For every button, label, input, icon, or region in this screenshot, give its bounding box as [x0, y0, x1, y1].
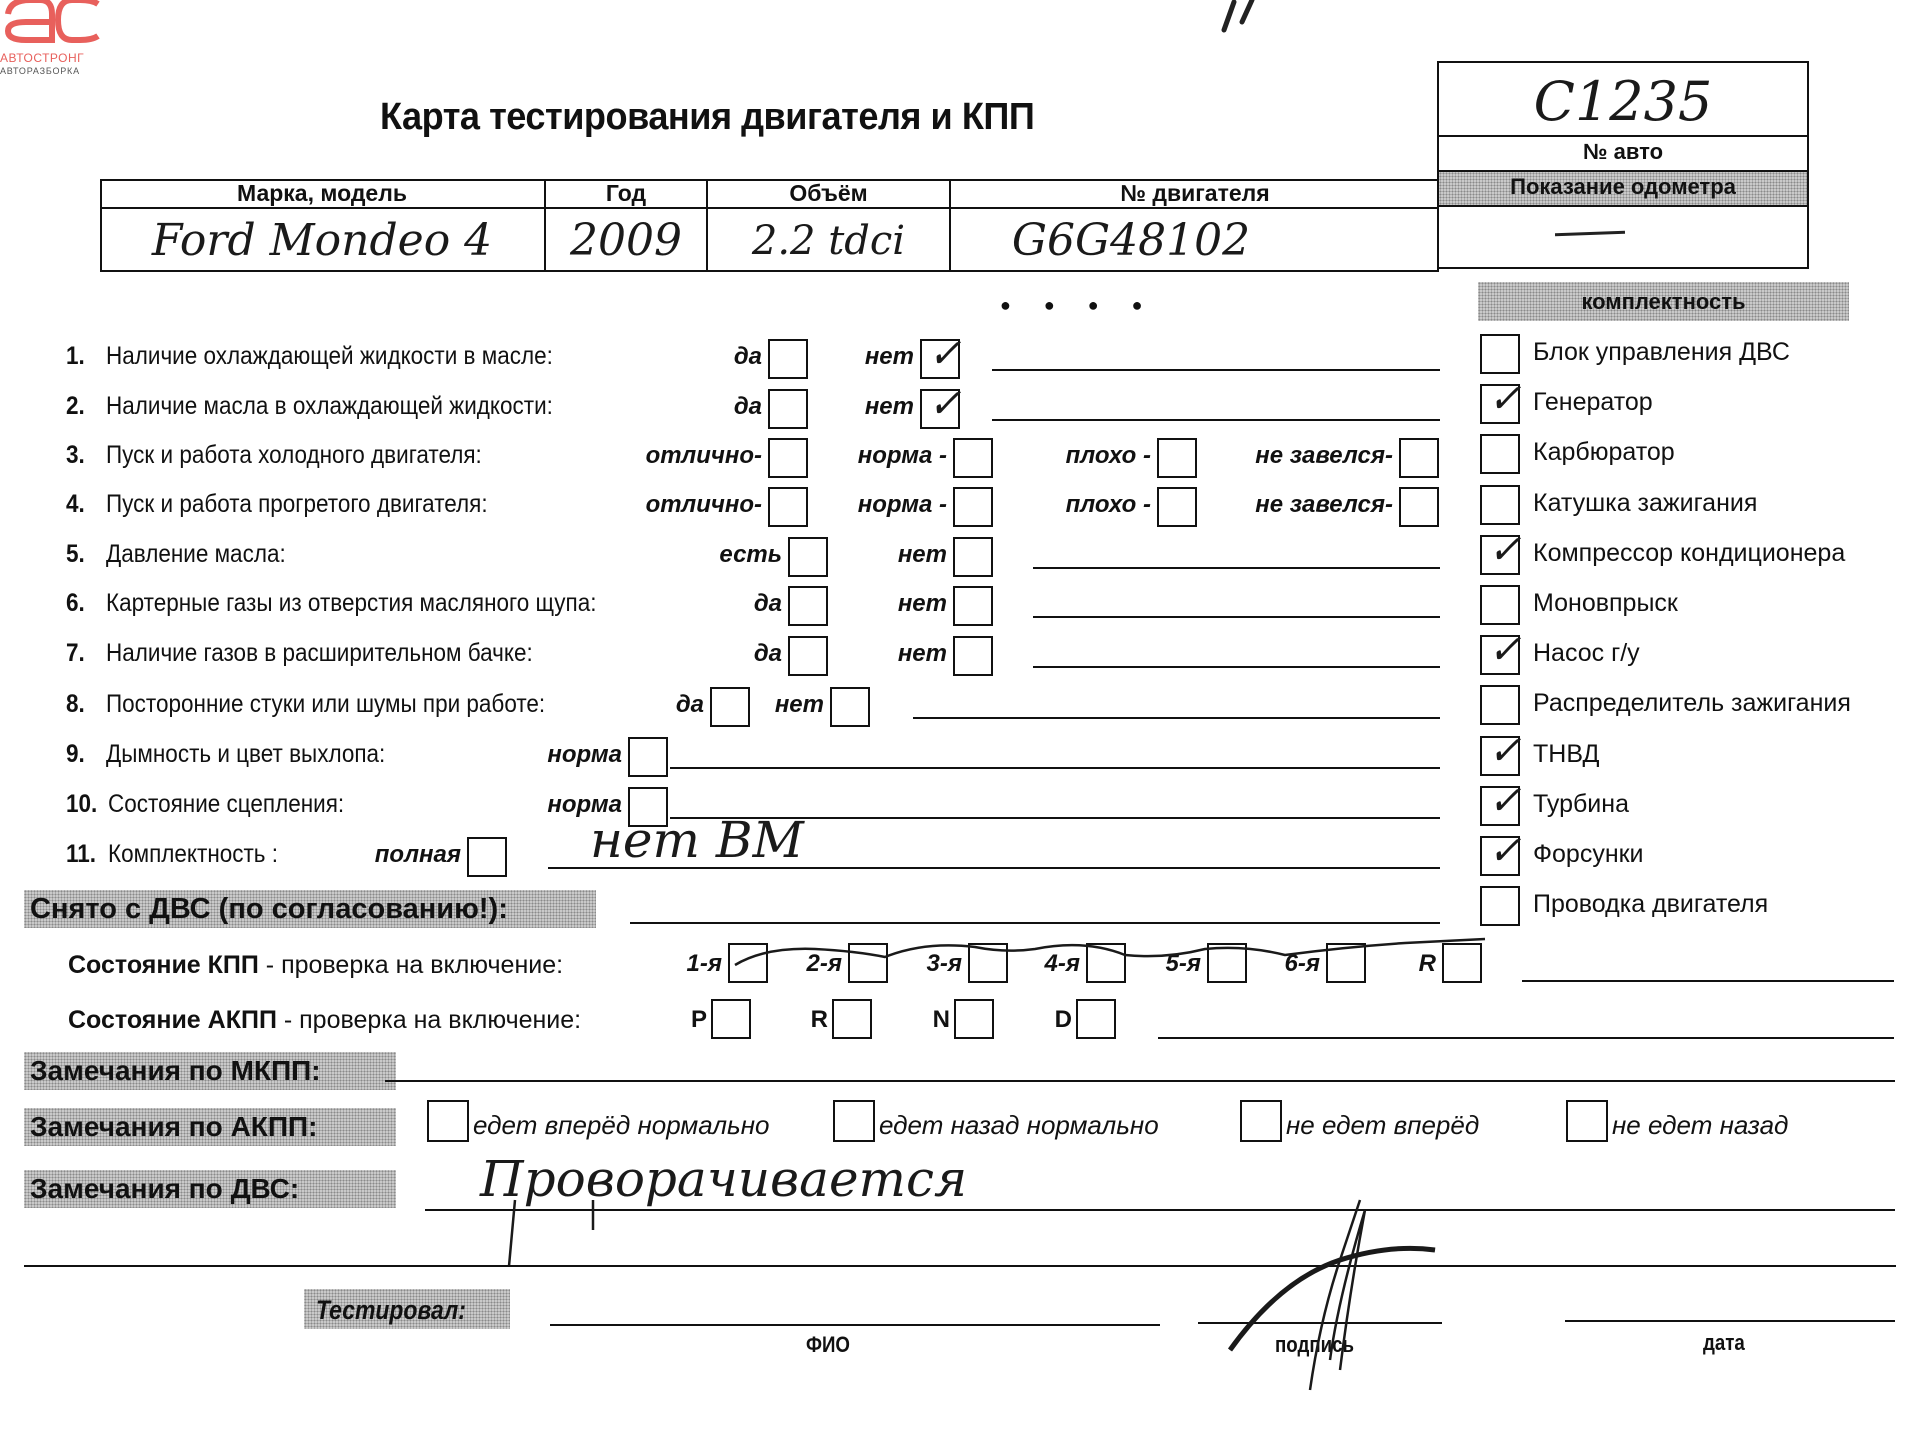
checkmark-icon: ✓	[928, 337, 962, 371]
auto-gearbox-title: Состояние АКПП	[68, 1006, 277, 1034]
completeness-checkbox[interactable]	[1480, 334, 1520, 374]
column-header-model: Марка, модель	[100, 180, 544, 207]
checkmark-icon: ✓	[1488, 834, 1522, 868]
option-label: норма -	[858, 491, 947, 519]
option-checkbox[interactable]	[768, 339, 808, 379]
name-caption: ФИО	[806, 1332, 850, 1358]
akpp-option-checkbox[interactable]	[1566, 1100, 1608, 1142]
checkmark-icon: ✓	[1488, 533, 1522, 567]
comment-line[interactable]	[913, 717, 1440, 719]
pen-mark-icon	[1220, 0, 1280, 32]
completeness-checkbox[interactable]	[1480, 886, 1520, 926]
option-label: да	[754, 590, 782, 618]
odometer-label: Показание одометра	[1437, 174, 1809, 200]
akpp-option-label: едет вперёд нормально	[473, 1110, 769, 1141]
completeness-item-label: Проводка двигателя	[1533, 890, 1768, 919]
question-number: 2.	[66, 392, 85, 421]
comment-line[interactable]	[1033, 567, 1440, 569]
option-checkbox[interactable]	[953, 636, 993, 676]
box-divider	[1437, 135, 1809, 137]
option-checkbox[interactable]	[1399, 487, 1439, 527]
logo-mark-icon	[0, 0, 100, 56]
checkmark-icon: ✓	[1488, 784, 1522, 818]
question-text: Наличие газов в расширительном бачке:	[106, 639, 533, 668]
column-header-volume: Объём	[708, 180, 949, 207]
completeness-item-label: Распределитель зажигания	[1533, 689, 1851, 718]
manual-gearbox-line[interactable]	[1522, 980, 1894, 982]
completeness-checkbox[interactable]	[1480, 685, 1520, 725]
manual-gearbox-title: Состояние КПП	[68, 951, 259, 979]
completeness-item-label: ТНВД	[1533, 740, 1599, 769]
question-number: 8.	[66, 690, 85, 719]
auto-gearbox-line[interactable]	[1158, 1037, 1894, 1039]
gear-label: 1-я	[687, 950, 722, 978]
option-label: нет	[898, 590, 947, 618]
option-checkbox[interactable]	[788, 537, 828, 577]
comment-line[interactable]	[992, 369, 1440, 371]
completeness-checkbox[interactable]	[1480, 434, 1520, 474]
comment-line[interactable]	[1033, 666, 1440, 668]
dvs-remarks-label: Замечания по ДВС:	[24, 1170, 396, 1208]
question-text: Пуск и работа прогретого двигателя:	[106, 490, 488, 519]
signature-icon	[1220, 1200, 1500, 1390]
option-label: нет	[865, 343, 914, 371]
position-checkbox[interactable]	[954, 999, 994, 1039]
checkmark-icon: ✓	[1488, 382, 1522, 416]
completeness-header: комплектность	[1478, 282, 1849, 321]
completeness-checkbox[interactable]: ✓	[1480, 535, 1520, 575]
checkmark-icon: ✓	[1488, 633, 1522, 667]
page-title: Карта тестирования двигателя и КПП	[380, 96, 1034, 139]
option-label: не завелся-	[1255, 491, 1393, 519]
option-label: плохо -	[1066, 491, 1151, 519]
question-text: Картерные газы из отверстия масляного щу…	[106, 589, 596, 618]
handwriting-stroke-icon	[505, 1200, 635, 1270]
tested-by-label: Тестировал:	[316, 1295, 466, 1326]
option-checkbox[interactable]	[953, 487, 993, 527]
checkmark-icon: ✓	[928, 387, 962, 421]
option-checkbox[interactable]	[768, 438, 808, 478]
position-checkbox[interactable]	[1076, 999, 1116, 1039]
completeness-checkbox[interactable]: ✓	[1480, 836, 1520, 876]
option-checkbox[interactable]	[830, 687, 870, 727]
option-label: нет	[898, 541, 947, 569]
dvs-remarks-line[interactable]	[425, 1209, 1895, 1211]
manual-gearbox-subtitle: - проверка на включение:	[259, 951, 563, 979]
removed-parts-label: Снято с ДВС (по согласованию!):	[24, 890, 596, 928]
option-label: отлично-	[646, 491, 762, 519]
option-checkbox[interactable]	[953, 537, 993, 577]
comment-line[interactable]	[992, 419, 1440, 421]
question-number: 7.	[66, 639, 85, 668]
car-number-field[interactable]: C1235	[1437, 70, 1809, 133]
volume-field[interactable]: 2.2 tdci	[708, 212, 949, 270]
option-label: отлично-	[646, 442, 762, 470]
option-label: плохо -	[1066, 442, 1151, 470]
name-line[interactable]	[550, 1324, 1160, 1326]
position-checkbox[interactable]	[711, 999, 751, 1039]
logo-brand: АВТОСТРОНГ	[0, 51, 84, 65]
auto-gearbox-subtitle: - проверка на включение:	[277, 1006, 581, 1034]
completeness-item-label: Моновпрыск	[1533, 589, 1678, 618]
position-checkbox[interactable]	[832, 999, 872, 1039]
question-number: 3.	[66, 441, 85, 470]
option-label: нет	[865, 393, 914, 421]
option-label: нет	[775, 691, 824, 719]
completeness-checkbox[interactable]: ✓	[1480, 384, 1520, 424]
question-number: 1.	[66, 342, 85, 371]
question-number: 9.	[66, 740, 85, 769]
akpp-option-checkbox[interactable]	[1240, 1100, 1282, 1142]
question-number: 10.	[66, 790, 97, 819]
question-text: Дымность и цвет выхлопа:	[106, 740, 385, 769]
akpp-option-label: не едет назад	[1612, 1110, 1788, 1141]
completeness-item-label: Компрессор кондиционера	[1533, 539, 1845, 568]
question-number: 6.	[66, 589, 85, 618]
question-text: Наличие масла в охлаждающей жидкости:	[106, 392, 553, 421]
akpp-remarks-label: Замечания по АКПП:	[24, 1108, 396, 1146]
completeness-checkbox[interactable]	[1480, 485, 1520, 525]
position-label: P	[691, 1006, 707, 1034]
akpp-option-checkbox[interactable]	[833, 1100, 875, 1142]
position-label: R	[811, 1006, 828, 1034]
option-label: норма	[547, 741, 622, 769]
completeness-checkbox[interactable]: ✓	[1480, 786, 1520, 826]
option-checkbox[interactable]	[788, 636, 828, 676]
box-divider	[1437, 205, 1809, 207]
option-checkbox[interactable]	[628, 737, 668, 777]
option-checkbox[interactable]	[788, 586, 828, 626]
date-caption: дата	[1703, 1330, 1745, 1356]
completeness-item-label: Насос г/у	[1533, 639, 1640, 668]
ink-dots: ● ● ● ●	[1000, 295, 1157, 316]
question-number: 11.	[66, 840, 96, 869]
option-checkbox[interactable]	[1157, 438, 1197, 478]
completeness-item-label: Генератор	[1533, 388, 1653, 417]
completeness-checkbox[interactable]: ✓	[1480, 736, 1520, 776]
akpp-option-label: не едет вперёд	[1286, 1110, 1479, 1141]
question-text: Комплектность :	[108, 840, 278, 869]
completeness-item-label: Турбина	[1533, 790, 1629, 819]
completeness-note[interactable]: нет ВМ	[590, 811, 804, 869]
table-divider	[100, 207, 1439, 209]
completeness-item-label: Катушка зажигания	[1533, 489, 1757, 518]
completeness-item-label: Форсунки	[1533, 840, 1644, 869]
auto-gearbox-label: Состояние АКПП - проверка на включение:	[68, 1006, 581, 1035]
option-checkbox[interactable]: ✓	[920, 339, 960, 379]
completeness-checkbox[interactable]	[1480, 585, 1520, 625]
car-number-label: № авто	[1437, 139, 1809, 165]
option-label: полная	[375, 841, 461, 869]
checkmark-icon: ✓	[1488, 734, 1522, 768]
option-label: не завелся-	[1255, 442, 1393, 470]
question-number: 5.	[66, 540, 85, 569]
mkpp-remarks-label: Замечания по МКПП:	[24, 1052, 396, 1090]
option-label: да	[734, 343, 762, 371]
comment-line[interactable]	[670, 767, 1440, 769]
engine-number-field[interactable]: G6G48102	[951, 212, 1311, 270]
option-label: да	[754, 640, 782, 668]
option-label: да	[676, 691, 704, 719]
option-label: норма -	[858, 442, 947, 470]
akpp-option-label: едет назад нормально	[879, 1110, 1159, 1141]
option-checkbox[interactable]: ✓	[920, 389, 960, 429]
completeness-item-label: Карбюратор	[1533, 438, 1675, 467]
position-label: N	[933, 1006, 950, 1034]
mkpp-remarks-line[interactable]	[385, 1080, 1895, 1082]
removed-parts-line[interactable]	[630, 922, 1440, 924]
completeness-item-label: Блок управления ДВС	[1533, 338, 1790, 367]
position-label: D	[1055, 1006, 1072, 1034]
manual-gearbox-label: Состояние КПП - проверка на включение:	[68, 951, 563, 980]
option-checkbox[interactable]	[768, 487, 808, 527]
option-checkbox[interactable]	[467, 837, 507, 877]
option-label: есть	[719, 541, 782, 569]
question-text: Наличие охлаждающей жидкости в масле:	[106, 342, 553, 371]
option-checkbox[interactable]	[953, 438, 993, 478]
gear-check-stroke-icon	[725, 935, 1525, 975]
question-text: Посторонние стуки или шумы при работе:	[106, 690, 545, 719]
option-checkbox[interactable]	[768, 389, 808, 429]
question-number: 4.	[66, 490, 85, 519]
comment-line[interactable]	[1033, 616, 1440, 618]
column-header-year: Год	[546, 180, 706, 207]
option-checkbox[interactable]	[1157, 487, 1197, 527]
question-text: Пуск и работа холодного двигателя:	[106, 441, 482, 470]
separator-line	[24, 1265, 1896, 1267]
completeness-checkbox[interactable]: ✓	[1480, 635, 1520, 675]
option-checkbox[interactable]	[1399, 438, 1439, 478]
option-checkbox[interactable]	[953, 586, 993, 626]
column-header-engine-number: № двигателя	[951, 180, 1439, 207]
question-text: Состояние сцепления:	[108, 790, 344, 819]
model-field[interactable]: Ford Mondeo 4	[100, 212, 544, 270]
question-text: Давление масла:	[106, 540, 286, 569]
akpp-option-checkbox[interactable]	[427, 1100, 469, 1142]
date-line[interactable]	[1565, 1320, 1895, 1322]
option-label: да	[734, 393, 762, 421]
option-checkbox[interactable]	[710, 687, 750, 727]
year-field[interactable]: 2009	[546, 212, 706, 270]
logo-tagline: АВТОРАЗБОРКА	[0, 66, 80, 76]
option-label: нет	[898, 640, 947, 668]
